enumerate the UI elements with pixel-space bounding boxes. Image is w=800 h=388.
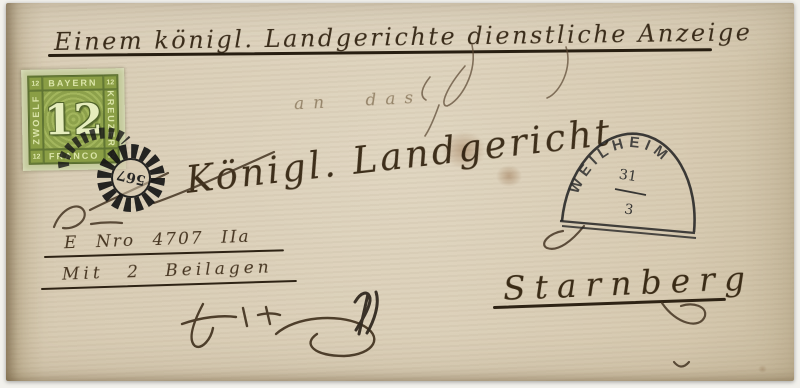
descender-loop <box>662 303 705 324</box>
cds-date-divider <box>615 189 646 195</box>
envelope-paper: Einem königl. Landgerichte dienstliche A… <box>6 3 794 381</box>
foxing-stain <box>758 365 767 373</box>
paraph-flourish <box>91 222 122 224</box>
check-mark <box>674 362 689 367</box>
flourish-stroke <box>243 308 247 326</box>
ink-and-cancel-overlay: 567 WEILHEIM 31 3 <box>6 3 800 388</box>
cds-month: 3 <box>623 201 634 218</box>
flourish-stroke <box>191 304 213 347</box>
cds-day: 31 <box>618 167 638 186</box>
flourish-stroke <box>182 316 236 324</box>
flourish-stroke <box>544 226 584 249</box>
cds-chord-line <box>562 226 696 238</box>
stamp-country-label: BAYERN <box>42 75 103 90</box>
flourish-stroke <box>90 173 168 210</box>
stamp-corner-value: 12 <box>30 150 44 164</box>
stamp-corner-value: 12 <box>103 75 117 89</box>
cds-chord-line <box>560 221 695 233</box>
stamp-face-value: 12 <box>44 98 103 141</box>
millwheel-number: 567 <box>115 166 147 188</box>
flourish-stroke <box>266 307 270 324</box>
stamp-corner-value: 12 <box>105 148 119 162</box>
stamp-franco-label: FRANCO <box>44 148 105 163</box>
stamp-corner-value: 12 <box>28 77 42 91</box>
stamp-design: 12 12 12 12 BAYERN FRANCO ZWOELF KREUZER… <box>27 74 120 165</box>
handwriting-enclosures: Mit 2 Beilagen <box>62 257 273 284</box>
flourish-stroke <box>258 314 280 316</box>
handwriting-docket-number: E Nro 4707 IIa <box>64 227 251 254</box>
handwriting-addressee: Königl. Landgericht <box>184 111 615 202</box>
letter-scan: Einem königl. Landgerichte dienstliche A… <box>0 0 800 388</box>
flourish-stroke <box>422 77 430 100</box>
flourish-stroke <box>444 45 473 106</box>
flourish-stroke <box>359 294 368 334</box>
paraph-flourish <box>54 206 85 228</box>
flourish-stroke <box>547 47 568 98</box>
flourish-loop <box>276 318 374 356</box>
handwriting-via-line: an das <box>294 88 423 115</box>
stamp-bavaria-12-kreuzer: 12 12 12 12 BAYERN FRANCO ZWOELF KREUZER… <box>21 68 126 171</box>
flourish-stroke <box>355 293 370 330</box>
foxing-stain <box>496 165 522 187</box>
stamp-left-label: ZWOELF <box>28 91 43 150</box>
flourish-stroke <box>367 292 377 333</box>
pen-flourishes <box>54 152 705 367</box>
stamp-center-panel: 12 <box>42 89 104 149</box>
zu-mark <box>355 292 377 334</box>
franking-flourish <box>182 292 377 356</box>
stamp-right-label: KREUZER <box>103 89 118 148</box>
